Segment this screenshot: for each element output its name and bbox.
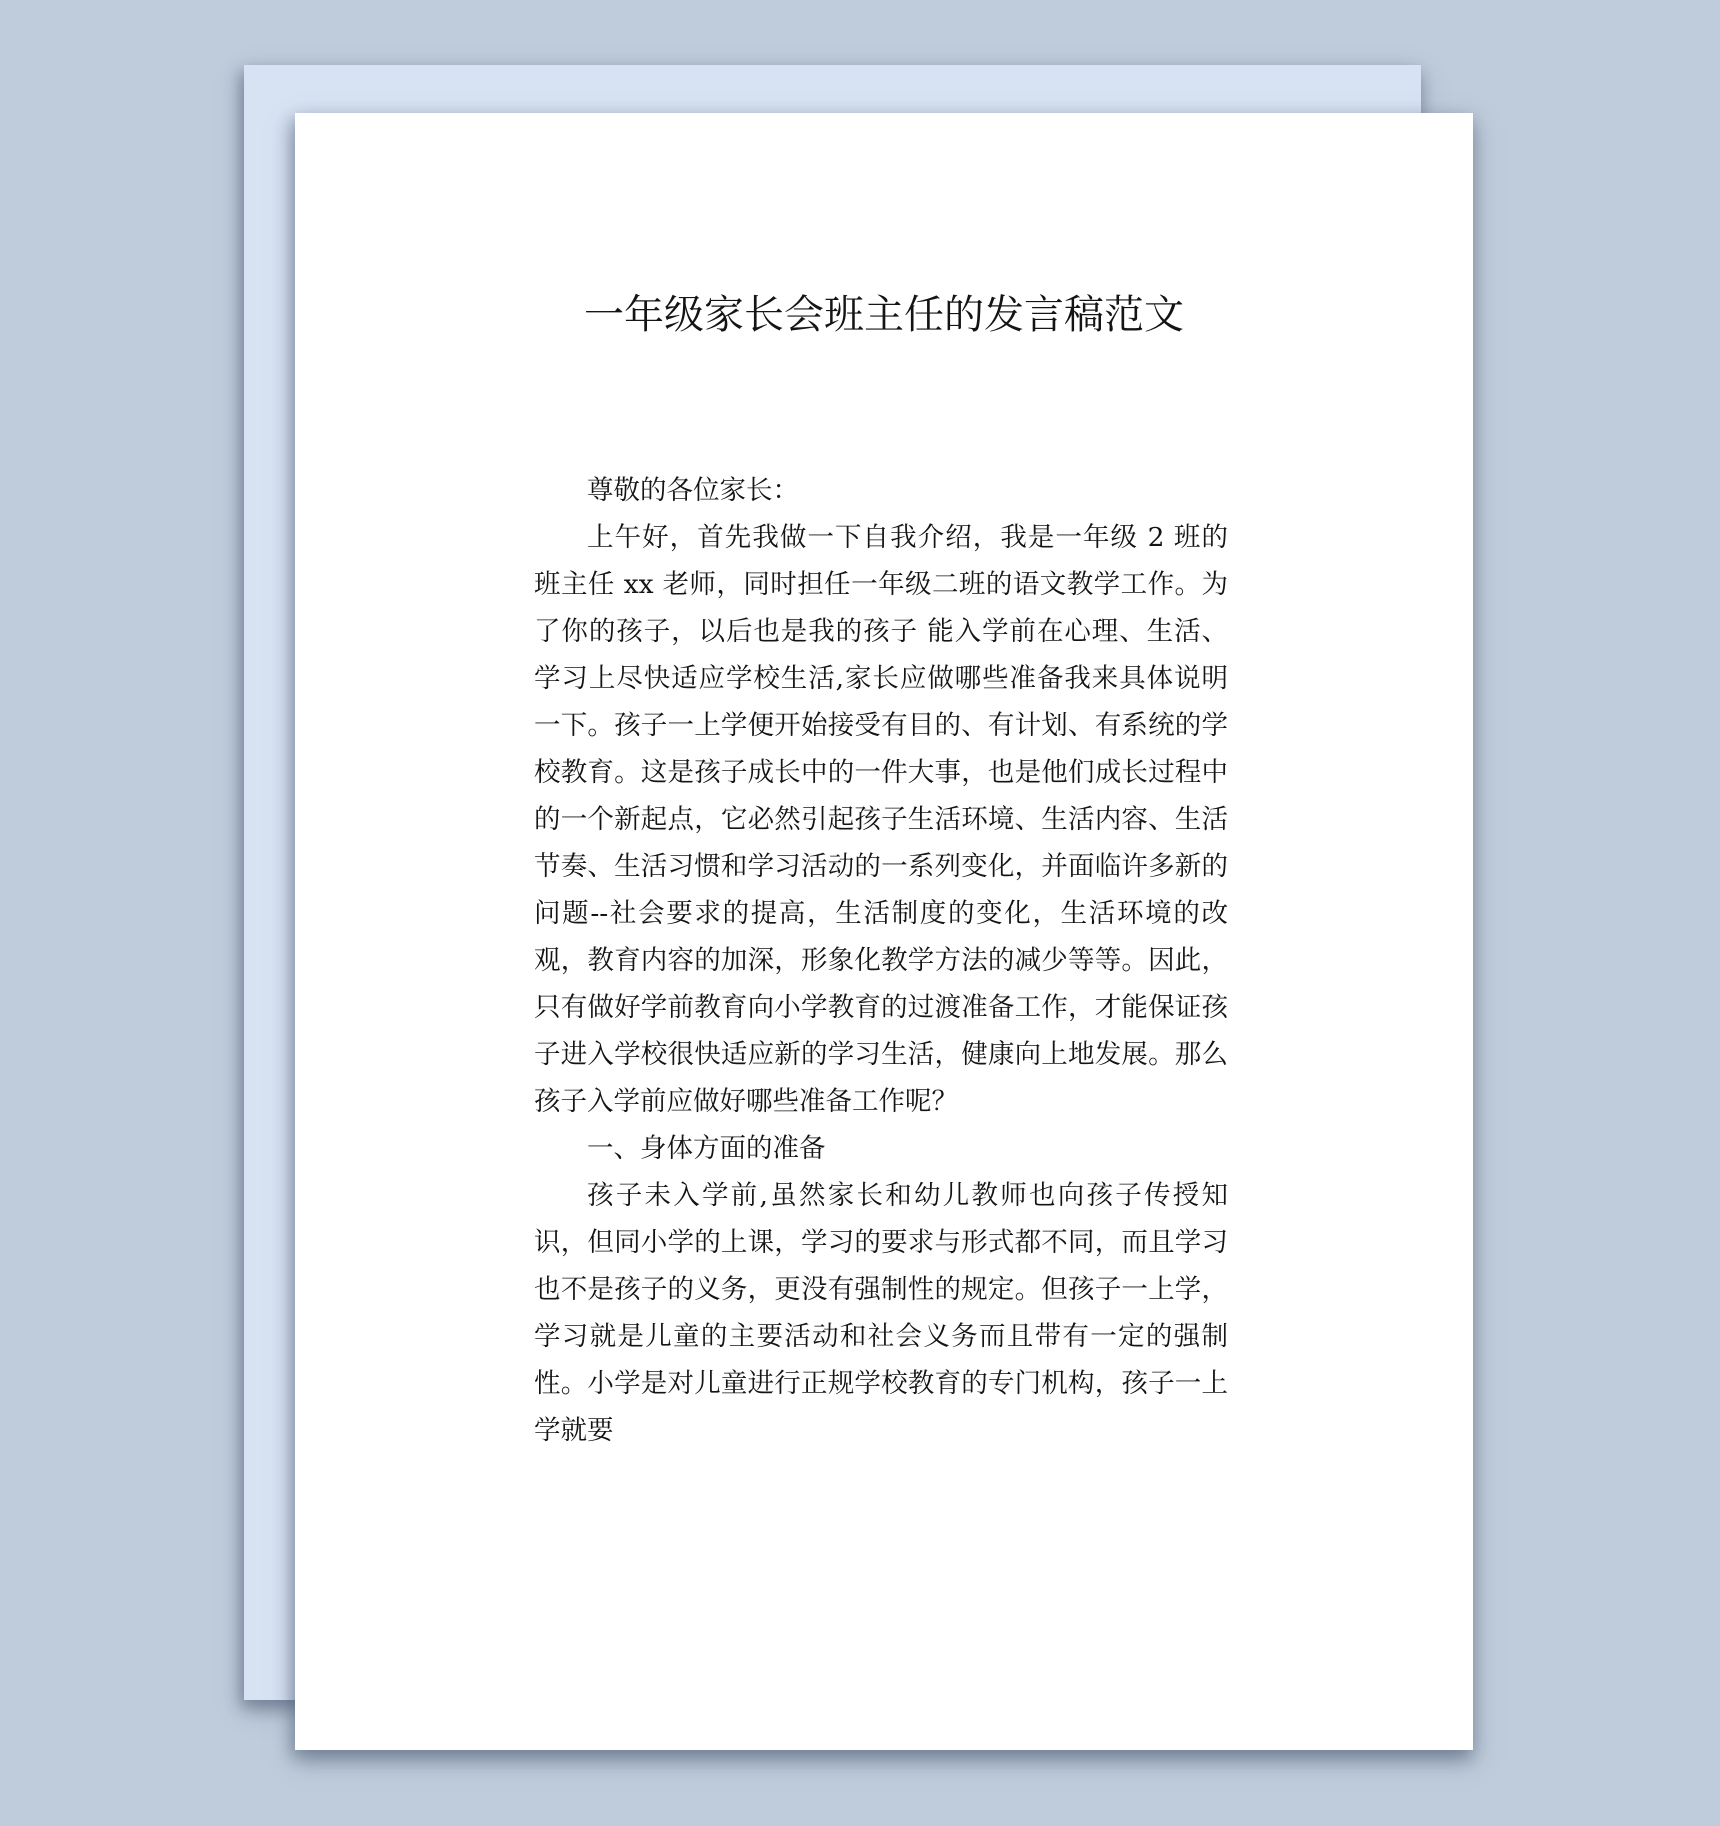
document-page: 一年级家长会班主任的发言稿范文 尊敬的各位家长： 上午好，首先我做一下自我介绍，… (295, 113, 1473, 1750)
section-heading: 一、身体方面的准备 (534, 1125, 1228, 1172)
paragraph-body: 孩子未入学前,虽然家长和幼儿教师也向孩子传授知识，但同小学的上课，学习的要求与形… (534, 1172, 1228, 1454)
document-title: 一年级家长会班主任的发言稿范文 (295, 293, 1473, 337)
salutation: 尊敬的各位家长： (534, 467, 1228, 514)
paragraph-intro: 上午好，首先我做一下自我介绍，我是一年级 2 班的班主任 xx 老师，同时担任一… (534, 514, 1228, 1125)
document-body: 尊敬的各位家长： 上午好，首先我做一下自我介绍，我是一年级 2 班的班主任 xx… (534, 467, 1228, 1454)
